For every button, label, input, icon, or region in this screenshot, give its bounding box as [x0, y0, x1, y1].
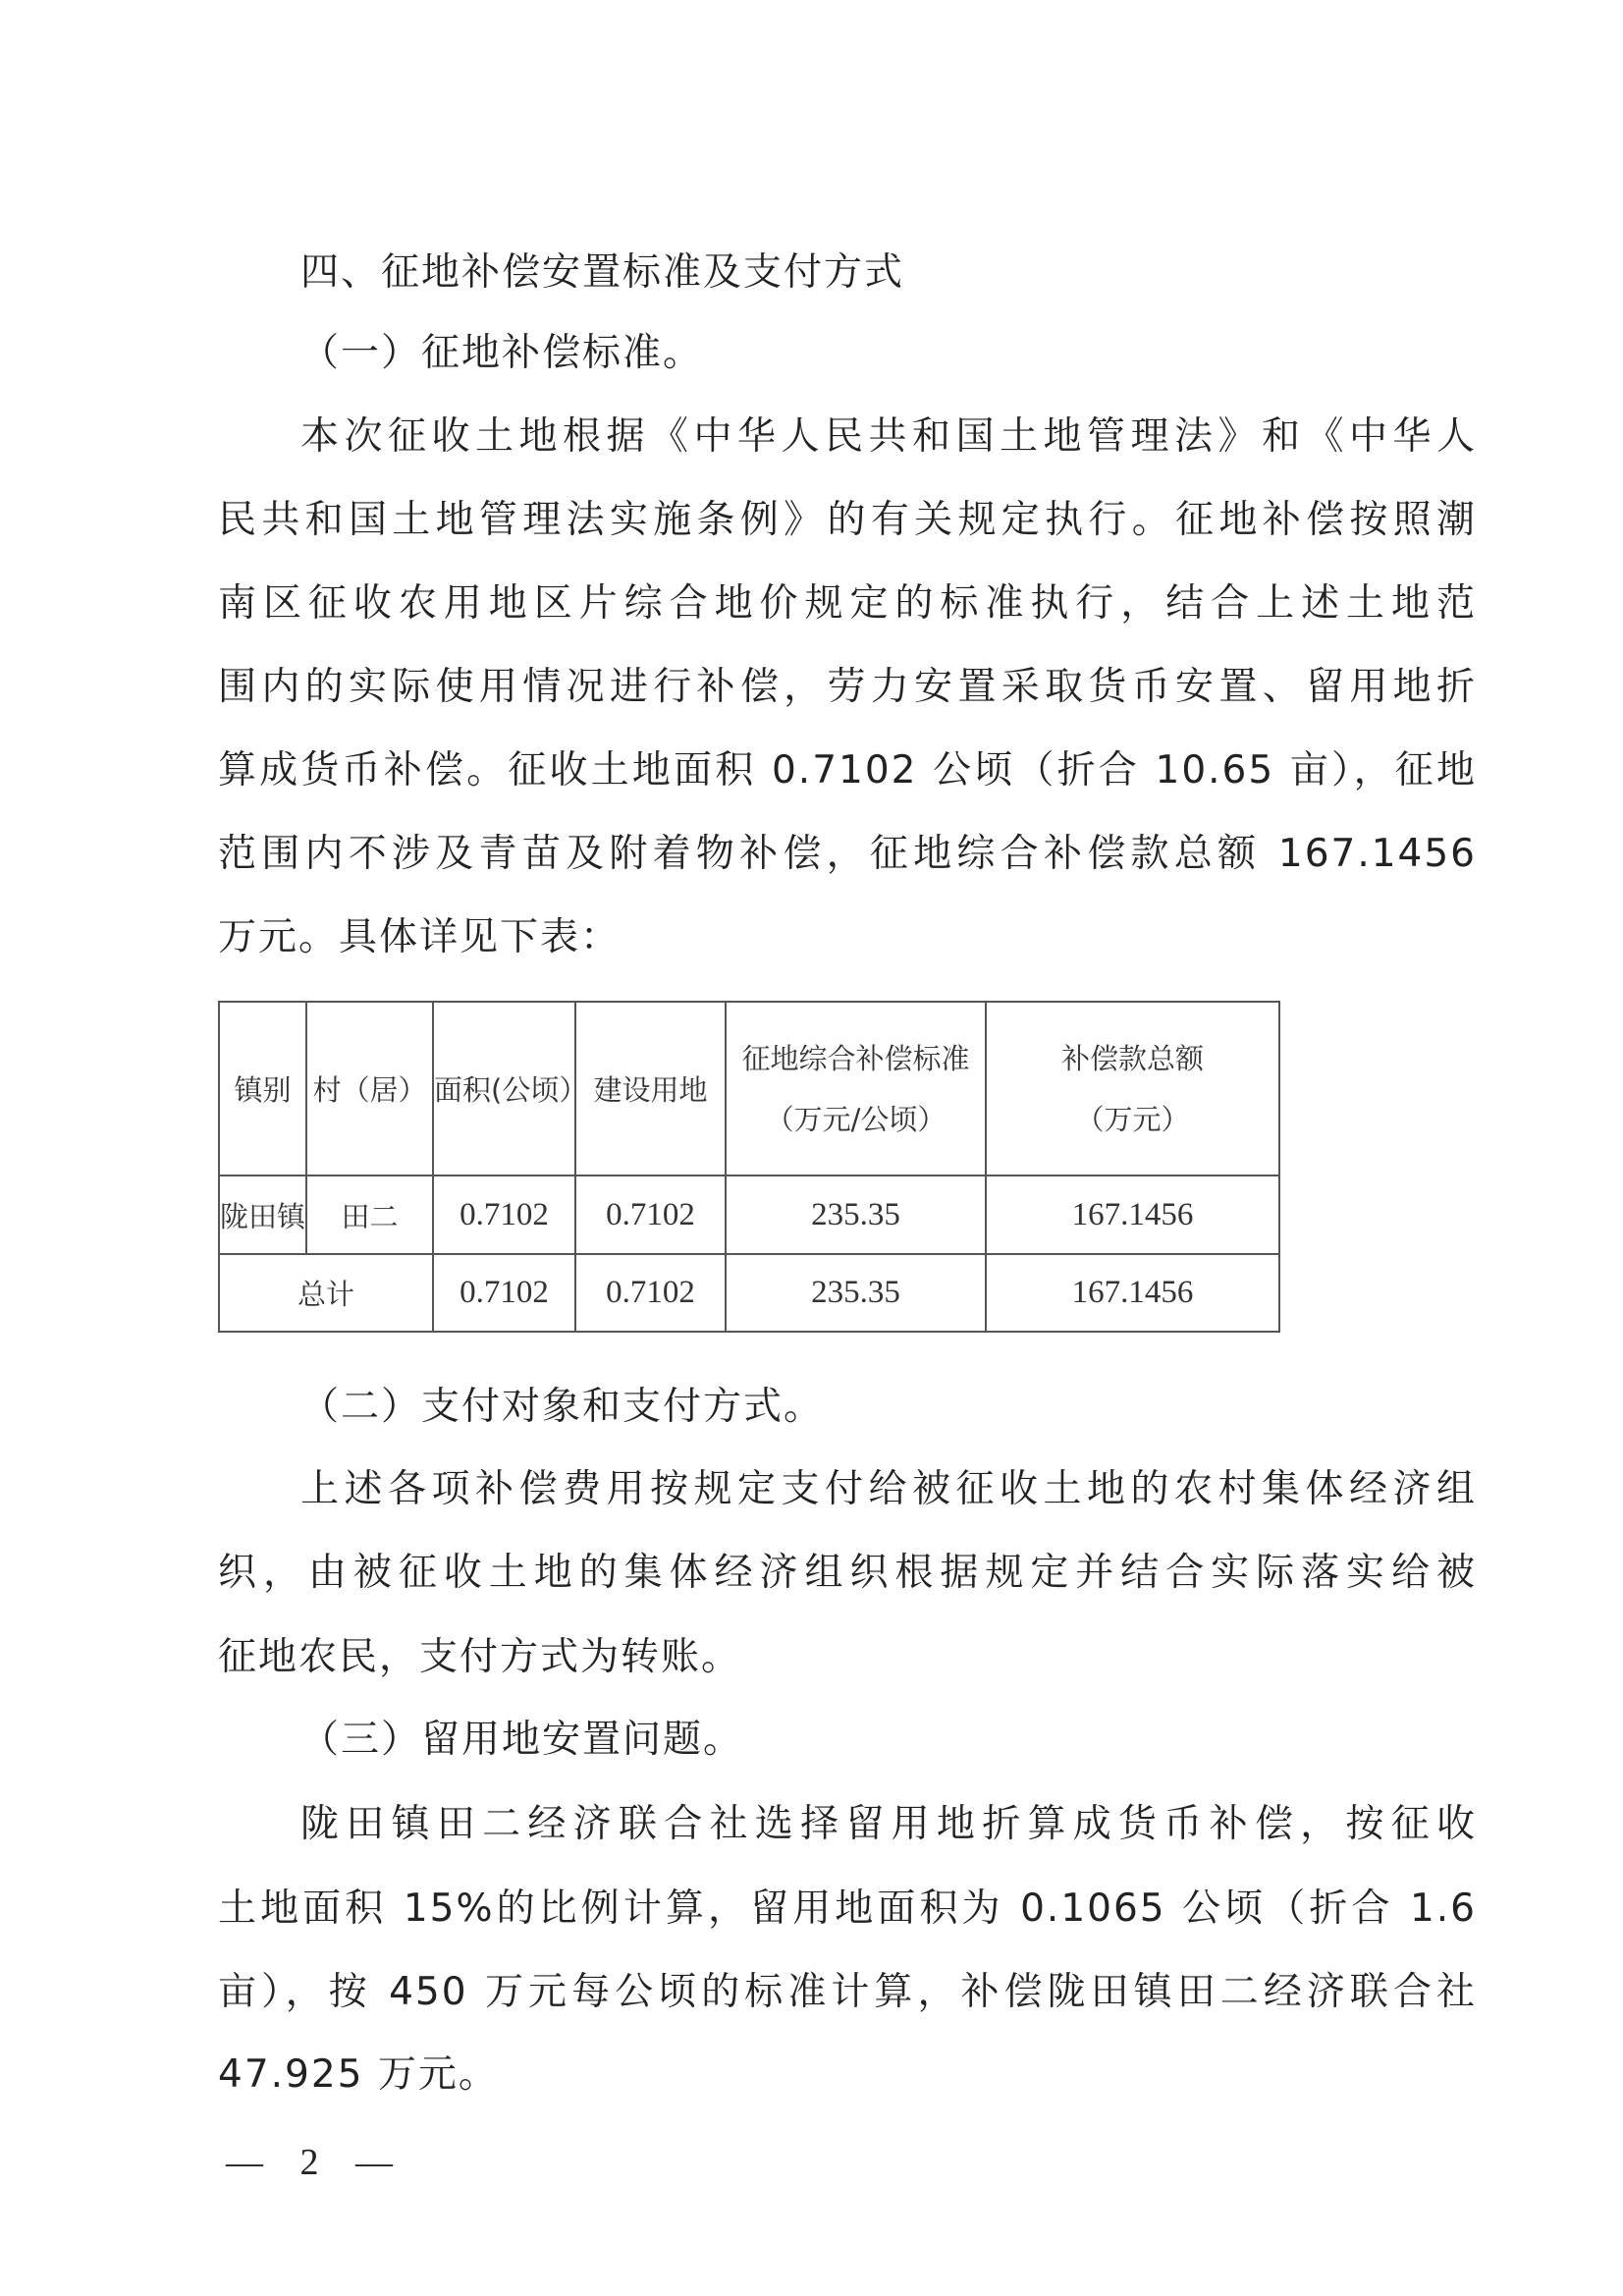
header-standard-line1: 征地综合补偿标准 — [727, 1028, 985, 1089]
cell-area: 0.7102 — [433, 1175, 575, 1254]
header-town: 镇别 — [219, 1002, 306, 1175]
paragraph-1-line: 民共和国土地管理法实施条例》的有关规定执行。征地补偿按照潮 — [218, 501, 1477, 539]
paragraph-3-line: 陇田镇田二经济联合社选择留用地折算成货币补偿，按征收 — [300, 1805, 1477, 1843]
paragraph-1-line: 南区征收农用地区片综合地价规定的标准执行，结合上述土地范 — [218, 584, 1477, 623]
subsection-2-heading: （二）支付对象和支付方式。 — [300, 1388, 824, 1426]
cell-town: 陇田镇 — [219, 1175, 306, 1254]
paragraph-1-line: 万元。具体详见下表： — [218, 918, 621, 957]
summary-label: 总计 — [219, 1254, 433, 1332]
paragraph-3-line: 土地面积 15%的比例计算，留用地面积为 0.1065 公顷（折合 1.6 — [218, 1889, 1477, 1928]
paragraph-2-line: 织，由被征收土地的集体经济组织根据规定并结合实际落实给被 — [218, 1554, 1477, 1592]
summary-area: 0.7102 — [433, 1254, 575, 1332]
header-village: 村（居） — [306, 1002, 433, 1175]
summary-total: 167.1456 — [986, 1254, 1279, 1332]
paragraph-3-line: 亩），按 450 万元每公顷的标准计算，补偿陇田镇田二经济联合社 — [218, 1973, 1477, 2011]
header-total-line2: （万元） — [987, 1089, 1278, 1150]
subsection-1-heading: （一）征地补偿标准。 — [300, 334, 703, 372]
cell-village: 田二 — [306, 1175, 433, 1254]
paragraph-1-line: 围内的实际使用情况进行补偿，劳力安置采取货币安置、留用地折 — [218, 668, 1477, 706]
header-standard-line2: （万元/公顷） — [727, 1089, 985, 1150]
paragraph-2-line: 上述各项补偿费用按规定支付给被征收土地的农村集体经济组 — [300, 1470, 1477, 1508]
table-header-row: 镇别 村（居） 面积(公顷） 建设用地 征地综合补偿标准 （万元/公顷） 补偿款… — [219, 1002, 1279, 1175]
summary-construction-land: 0.7102 — [575, 1254, 726, 1332]
paragraph-3-line: 47.925 万元。 — [218, 2055, 499, 2094]
subsection-3-heading: （三）留用地安置问题。 — [300, 1721, 743, 1759]
table-row: 陇田镇 田二 0.7102 0.7102 235.35 167.1456 — [219, 1175, 1279, 1254]
paragraph-1-line: 算成货币补偿。征收土地面积 0.7102 公顷（折合 10.65 亩），征地 — [218, 751, 1477, 790]
compensation-table: 镇别 村（居） 面积(公顷） 建设用地 征地综合补偿标准 （万元/公顷） 补偿款… — [218, 1001, 1280, 1333]
paragraph-2-line: 征地农民，支付方式为转账。 — [218, 1638, 741, 1676]
summary-standard: 235.35 — [726, 1254, 986, 1332]
header-construction-land: 建设用地 — [575, 1002, 726, 1175]
cell-construction-land: 0.7102 — [575, 1175, 726, 1254]
section-heading: 四、征地补偿安置标准及支付方式 — [300, 253, 904, 292]
table-summary-row: 总计 0.7102 0.7102 235.35 167.1456 — [219, 1254, 1279, 1332]
paragraph-1-line: 范围内不涉及青苗及附着物补偿，征地综合补偿款总额 167.1456 — [218, 835, 1477, 873]
cell-standard: 235.35 — [726, 1175, 986, 1254]
paragraph-1-line: 本次征收土地根据《中华人民共和国土地管理法》和《中华人 — [300, 417, 1477, 456]
page-number: — 2 — — [226, 2141, 406, 2184]
header-total: 补偿款总额 （万元） — [986, 1002, 1279, 1175]
header-total-line1: 补偿款总额 — [987, 1028, 1278, 1089]
header-area: 面积(公顷） — [433, 1002, 575, 1175]
header-standard: 征地综合补偿标准 （万元/公顷） — [726, 1002, 986, 1175]
cell-total: 167.1456 — [986, 1175, 1279, 1254]
